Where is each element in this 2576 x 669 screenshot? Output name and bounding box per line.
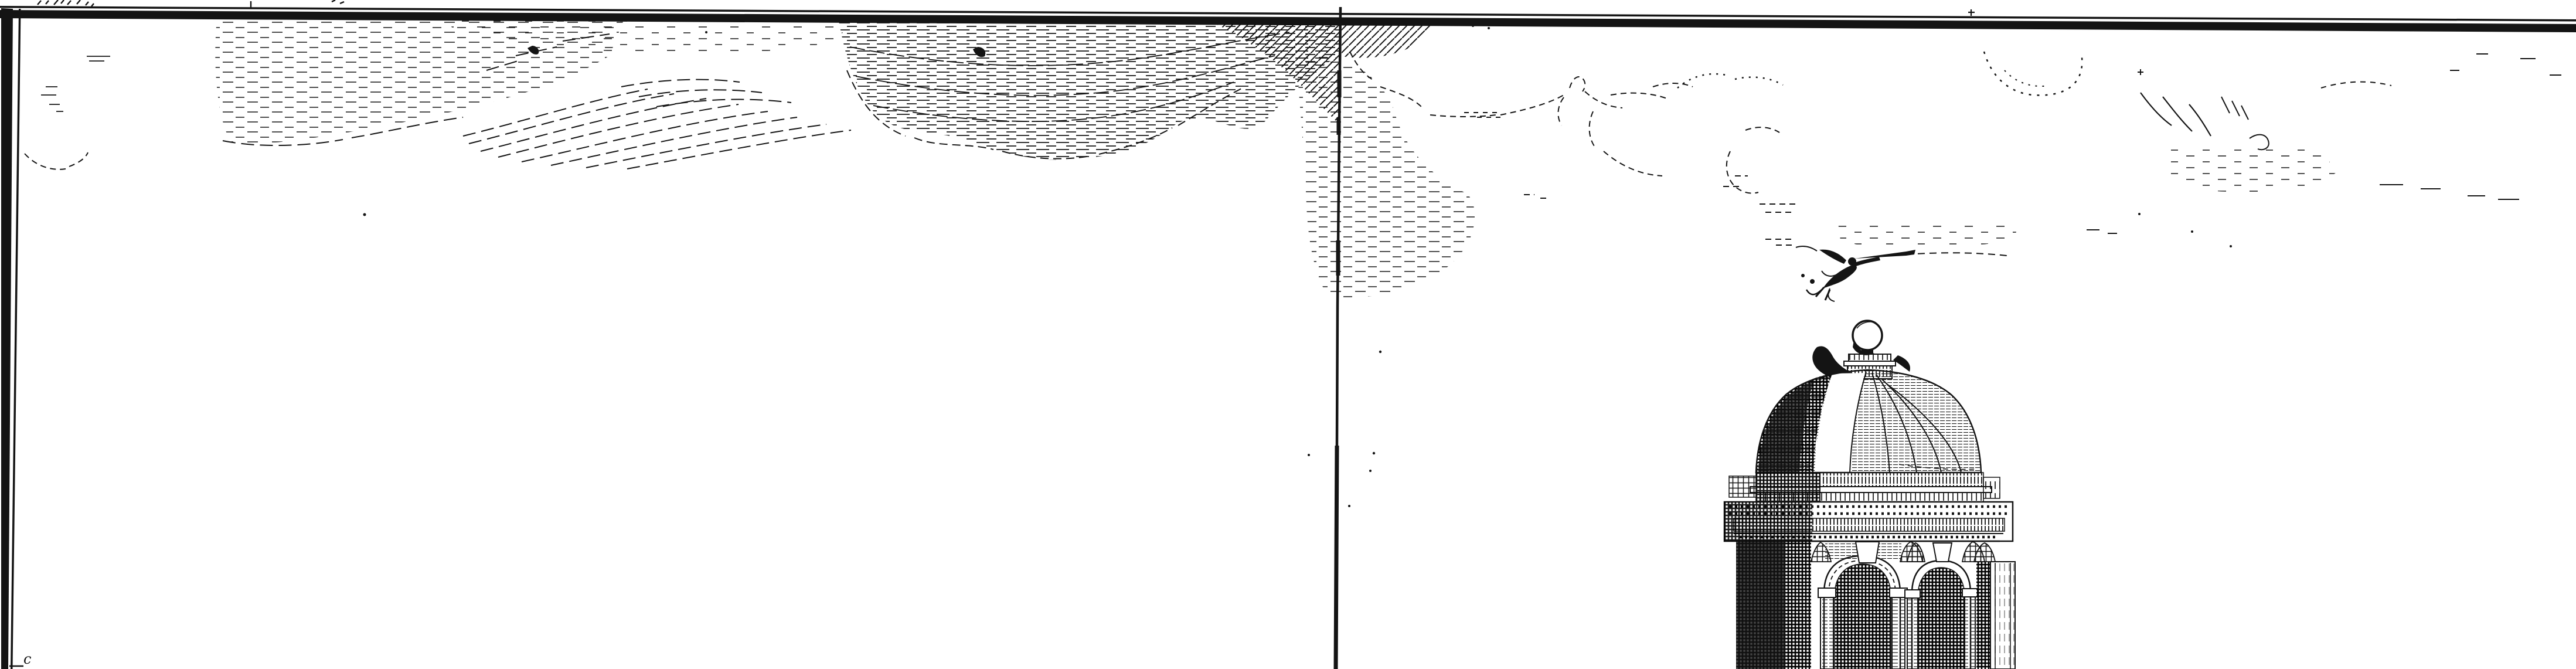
dome (1756, 370, 1981, 473)
ink-dot (363, 213, 366, 216)
ring-step-right (1983, 477, 2000, 498)
cupola (1724, 246, 2576, 669)
keystone (1856, 542, 1879, 563)
cloud-bank-centre (838, 18, 1475, 297)
keystone-small (1933, 543, 1952, 562)
entablature (1724, 502, 2576, 541)
engraving-canvas (0, 0, 2576, 669)
plate-cross-mark (1968, 9, 1975, 16)
ring-step-left (1729, 476, 1756, 497)
weathervane-figure (1796, 246, 1915, 301)
right-shadow-strip (1976, 562, 1990, 669)
middle-arch-opening (1835, 564, 1891, 669)
dome-base-ring (1729, 473, 2000, 502)
lantern-arcade (1736, 541, 2015, 669)
corner-pilaster (1990, 562, 2015, 669)
entablature-shadow (1724, 502, 1812, 541)
middle-arch (1824, 542, 1900, 669)
plate-border-left (1, 8, 23, 669)
cloud-bank-left (215, 19, 851, 169)
engraving-plate: c (0, 0, 2576, 669)
clouds-around-cupola (1838, 223, 2117, 256)
cloud-cross-mark (2138, 69, 2143, 75)
corner-letter-mark: c (23, 652, 31, 666)
clouds-far-right (1984, 52, 2561, 199)
right-arch-opening (1918, 568, 1965, 669)
ball-finial (1853, 321, 1882, 355)
